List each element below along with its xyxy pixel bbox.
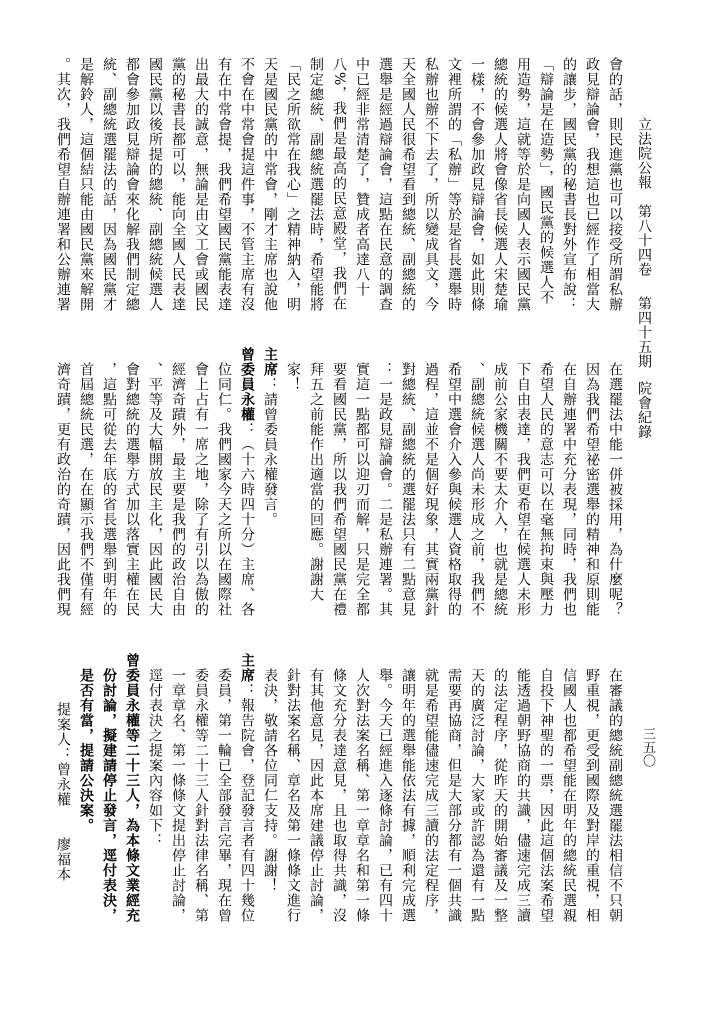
proposal-text: 份討論，擬建請停止發言，逕付表決， bbox=[97, 668, 120, 923]
text-column: 天的廣泛討論，大家或許認為還有一點 bbox=[465, 668, 488, 923]
text-column: 在選罷法中能一併被採用，為什麼呢？ bbox=[603, 362, 626, 617]
text-column: 用造勢，這就等於是向國人表示國民黨 bbox=[511, 57, 534, 312]
text-column: 會上占有一席之地，除了有引以為傲的 bbox=[189, 362, 212, 617]
text-column: 總統的候選人將會像省長候選人宋楚瑜 bbox=[488, 57, 511, 312]
header-issue: 第四十五期 bbox=[632, 296, 655, 369]
text-column: 經濟奇蹟外，最主要是我們的政治自由 bbox=[166, 362, 189, 617]
text-column: 制定總統、副總統選罷法時，希望能將 bbox=[304, 57, 327, 312]
text-column: 對總統、副總統的選罷法只有二點意見 bbox=[396, 362, 419, 617]
text-column: 國民黨以後所提的總統、副總統候選人 bbox=[143, 57, 166, 312]
text-column: 會的話，則民進黨也可以接受所謂私辦 bbox=[603, 57, 626, 312]
proposers-line: 提案人：曾永權 廖福本 bbox=[51, 702, 74, 882]
text-column: 黨的秘書長都可以，能向全國人民表達 bbox=[166, 57, 189, 312]
speaker-name: 主席 bbox=[239, 653, 255, 683]
text-column: 野重視，更受到國際及對岸的重視，相 bbox=[580, 668, 603, 923]
speech-text: ：請曾委員永權發言。 bbox=[262, 377, 278, 527]
proposal-text: 曾委員永權等二十三人，為本條文業經充 bbox=[120, 653, 143, 923]
text-column: 拜五之前能作出適當的回應。謝謝大 bbox=[304, 362, 327, 602]
speaker-name: 曾委員永權 bbox=[239, 347, 255, 422]
text-column: 私辦也辦不下去了，所以變成具文，今 bbox=[419, 57, 442, 312]
text-column: 都會參加政見辯論會來化解我們制定總 bbox=[120, 57, 143, 312]
text-column: ，這點可從去年底的省長選舉到明年的 bbox=[97, 362, 120, 617]
text-column: 成前公家機關不要太介入，也就是總統 bbox=[488, 362, 511, 617]
text-column: 會對總統的選舉方式加以落實主權在民 bbox=[120, 362, 143, 617]
text-column: 政見辯論會，我想這也已經作了相當大 bbox=[580, 57, 603, 312]
text-column: 舉。今天已經進入逐條討論，已有四十 bbox=[373, 668, 396, 923]
header-publication: 立法院公報 bbox=[632, 117, 655, 190]
text-column: 在自辦連署中充分表現，同時，我們也 bbox=[557, 362, 580, 617]
speaker-line-chair: 主席：請曾委員永權發言。 bbox=[258, 347, 281, 527]
text-column: 「辯論是在造勢」，國民黨的候選人不 bbox=[534, 57, 557, 305]
page-number: 三五〇 bbox=[636, 727, 659, 768]
speaker-line-chair: 主席：報告院會，登記發言者有四十幾位 bbox=[235, 653, 258, 923]
text-column: 統、副總統選罷法的話，因為國民黨才 bbox=[97, 57, 120, 312]
text-column: 委員永權等二十三人針對法律名稱、第 bbox=[189, 668, 212, 923]
text-column: 。其次，我們希望自辦連署和公辦連署 bbox=[51, 57, 74, 312]
text-column: 「民之所欲常在我心」之精神納入，明 bbox=[281, 57, 304, 312]
speaker-line-legislator: 曾委員永權：（十六時四十分）主席、各 bbox=[235, 347, 258, 617]
text-column: 希望人民的意志可以在毫無拘束與壓力 bbox=[534, 362, 557, 617]
text-column: 條文充分表達意見，且也取得共識，沒 bbox=[327, 668, 350, 923]
text-tier-2: 在選罷法中能一併被採用，為什麼呢？ 因為我們希望祕密選舉的精神和原則能 在自辦連… bbox=[51, 362, 626, 652]
text-column: 不會在中常會提這件事，不管主席有沒 bbox=[235, 57, 258, 312]
text-column: 位同仁。我們國家今天之所以在國際社 bbox=[212, 362, 235, 617]
text-column: 的法定程序，從昨天的開始審議及一整 bbox=[488, 668, 511, 923]
text-column: 委員，第一輪已全部發言完畢，現在曾 bbox=[212, 668, 235, 923]
text-column: 過程，這並不是個好現象，其實兩黨針 bbox=[419, 362, 442, 617]
text-column: 文裡所謂的「私辦」等於是省長選舉時 bbox=[442, 57, 465, 312]
text-column: 針對法案名稱、章名及第一條條文進行 bbox=[281, 668, 304, 923]
text-column: 表決，敬請各位同仁支持。謝謝！ bbox=[258, 668, 281, 893]
text-column: ：一是政見辯論會。二是私辦連署。其 bbox=[373, 362, 396, 617]
text-column: 天是國民黨的中常會，剛才主席也說他 bbox=[258, 57, 281, 312]
text-column: 希望中選會介入參與候選人資格取得的 bbox=[442, 362, 465, 617]
header-section: 院會紀錄 bbox=[632, 381, 655, 439]
text-column: 首屆總統民選，在在顯示我們不僅有經 bbox=[74, 362, 97, 617]
text-column: 在審議的總統副總統選罷法相信不只朝 bbox=[603, 668, 626, 923]
text-column: 、平等及大幅開放民主化，因此國民大 bbox=[143, 362, 166, 617]
header-volume: 第八十四卷 bbox=[632, 204, 655, 277]
speaker-name: 主席 bbox=[262, 347, 278, 377]
text-column: 逕付表決之提案內容如下： bbox=[143, 668, 166, 848]
text-column: 的讓步，國民黨的秘書長對外宣布說： bbox=[557, 57, 580, 312]
text-column: 選舉是經過辯論會，這點在民意的調查 bbox=[373, 57, 396, 312]
text-column: 濟奇蹟，更有政治的奇蹟，因此我們現 bbox=[51, 362, 74, 617]
text-column: 自投下神聖的一票，因此這個法案希望 bbox=[534, 668, 557, 923]
text-column: 實這一點都可以迎刃而解，只是完全都 bbox=[350, 362, 373, 617]
text-column: 中已經非常清楚了，贊成者高達八十 bbox=[350, 57, 373, 297]
proposal-text: 是否有當，提請公決案。 bbox=[74, 668, 97, 833]
text-column: 下自由表達，我們更希望在候選人未形 bbox=[511, 362, 534, 617]
text-column: 一樣，不會參加政見辯論會，如此則條 bbox=[465, 57, 488, 312]
text-column: 要看國民黨，所以我們希望國民黨在禮 bbox=[327, 362, 350, 617]
text-column: 信國人也都希望能在明年的總統民選親 bbox=[557, 668, 580, 923]
text-column: 八%，我們是最高的民意殿堂，我們在 bbox=[327, 57, 350, 311]
text-column: 天全國人民很希望看到總統、副總統的 bbox=[396, 57, 419, 312]
text-column: 家！ bbox=[281, 362, 304, 392]
text-column: 能透過朝野協商的共識，儘速完成三讀 bbox=[511, 668, 534, 923]
speech-text: ：報告院會，登記發言者有四十幾位 bbox=[239, 683, 255, 923]
text-column: 人次對法案名稱、第一章章名和第一條 bbox=[350, 668, 373, 923]
text-column: 出最大的誠意，無論是由文工會或國民 bbox=[189, 57, 212, 312]
text-column: 讓明年的選舉能依法有據，順利完成選 bbox=[396, 668, 419, 923]
text-column: 因為我們希望祕密選舉的精神和原則能 bbox=[580, 362, 603, 617]
text-column: 一章章名、第一條條文提出停止討論， bbox=[166, 668, 189, 923]
speech-text: ：（十六時四十分）主席、各 bbox=[239, 422, 255, 617]
text-column: 就是希望能儘速完成三讀的法定程序， bbox=[419, 668, 442, 923]
text-tier-1: 會的話，則民進黨也可以接受所謂私辦 政見辯論會，我想這也已經作了相當大 的讓步，… bbox=[51, 57, 626, 347]
text-column: 有在中常會提，我們希望國民黨能表達 bbox=[212, 57, 235, 312]
text-column: 有其他意見，因此本席建議停止討論， bbox=[304, 668, 327, 923]
text-column: 需要再協商，但是大部分都有一個共識 bbox=[442, 668, 465, 923]
text-column: 是解鈴人，這個結只能由國民黨來解開 bbox=[74, 57, 97, 312]
text-column: 、副總統候選人尚未形成之前，我們不 bbox=[465, 362, 488, 617]
text-tier-3: 在審議的總統副總統選罷法相信不只朝 野重視，更受到國際及對岸的重視，相 信國人也… bbox=[51, 668, 626, 958]
